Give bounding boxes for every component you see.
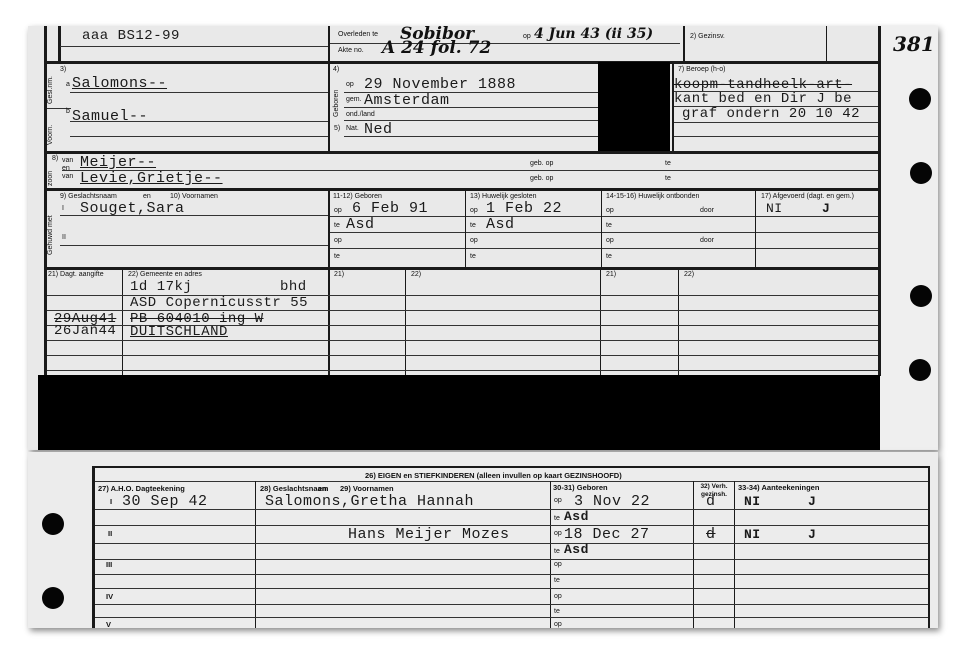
address-line-1: 1d 17kj xyxy=(130,279,192,295)
child-birth-date: 18 Dec 27 xyxy=(564,526,650,543)
marriage-date: 1 Feb 22 xyxy=(486,200,562,217)
occupation-line-3: graf ondern 20 10 42 xyxy=(682,106,860,122)
child-note-2: J xyxy=(808,494,816,509)
child-relation: d xyxy=(706,526,716,543)
deported-value-2: J xyxy=(822,201,830,216)
child-birth-place: Asd xyxy=(564,542,589,557)
zoon-side-label: zoon xyxy=(47,171,54,186)
card-margin-strip xyxy=(880,26,938,450)
address-date-4: 26Jan44 xyxy=(54,323,116,339)
child-aho-date: 30 Sep 42 xyxy=(122,493,208,510)
beroep-label: 7) Beroep (h-o) xyxy=(678,66,725,73)
mother-name: Levie,Grietje-- xyxy=(80,170,223,187)
surname: Salomons-- xyxy=(72,75,167,92)
akte-number: A 24 fol. 72 xyxy=(382,38,491,58)
punch-hole-icon xyxy=(909,88,931,110)
punch-hole-icon xyxy=(909,359,931,381)
redacted-block xyxy=(598,62,670,152)
child-note-1: NI xyxy=(744,494,761,509)
spouse-birth-date: 6 Feb 91 xyxy=(352,200,428,217)
address-line-2: ASD Copernicusstr 55 xyxy=(130,295,308,311)
punch-hole-icon xyxy=(910,285,932,307)
redacted-bar xyxy=(38,375,880,450)
akte-label: Akte no. xyxy=(338,47,364,54)
punch-hole-icon xyxy=(42,513,64,535)
child-birth-place: Asd xyxy=(564,509,589,524)
spouse-birth-place: Asd xyxy=(346,216,375,233)
overleden-label: Overleden te xyxy=(338,31,378,38)
address-line-1-right: bhd xyxy=(280,279,307,295)
given-name: Samuel-- xyxy=(72,108,148,125)
gesl-side-label: Gesl.nm. xyxy=(47,76,54,104)
address-line-4: DUITSCHLAND xyxy=(130,324,228,340)
child-name: Hans Meijer Mozes xyxy=(348,526,510,543)
death-date-label: op xyxy=(523,33,531,40)
birth-date: 29 November 1888 xyxy=(364,76,516,93)
geboren-side-label: Geboren xyxy=(333,90,340,117)
father-name: Meijer-- xyxy=(80,154,156,171)
child-note-2: J xyxy=(808,527,816,542)
death-date: 4 Jun 43 (ii 35) xyxy=(534,26,653,42)
page-number: 381 xyxy=(893,32,935,56)
punch-hole-icon xyxy=(910,162,932,184)
children-header: 26) EIGEN en STIEFKINDEREN (alleen invul… xyxy=(365,471,622,480)
child-note-1: NI xyxy=(744,527,761,542)
deported-value-1: NI xyxy=(766,201,783,216)
gezinsv-label: 2) Gezinsv. xyxy=(690,33,725,40)
gehuwd-side-label: Gehuwd met xyxy=(47,215,54,255)
marriage-place: Asd xyxy=(486,216,515,233)
child-name: Salomons,Gretha Hannah xyxy=(265,493,474,510)
child-relation: d xyxy=(706,493,716,510)
punch-hole-icon xyxy=(42,587,64,609)
child-birth-date: 3 Nov 22 xyxy=(574,493,650,510)
card-reference: aaa BS12-99 xyxy=(82,28,180,44)
voorn-side-label: Voorn. xyxy=(47,125,54,145)
occupation-line-2: kant bed en Dir J be xyxy=(674,91,852,107)
